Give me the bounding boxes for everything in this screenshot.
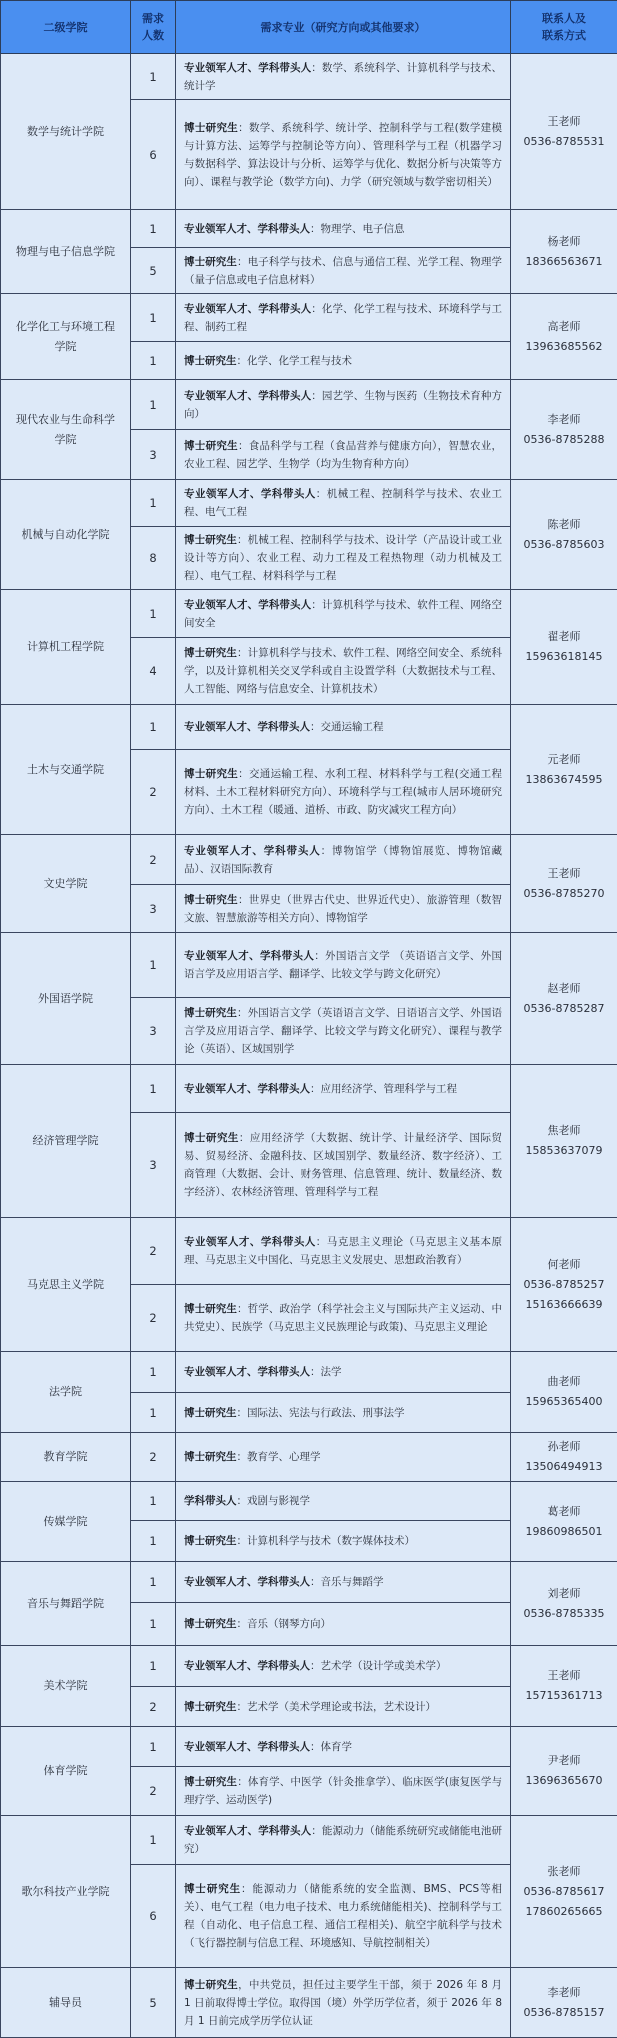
- contact-name: 高老师: [512, 317, 616, 337]
- requirement: 博士研究生：国际法、宪法与行政法、刑事法学: [176, 1393, 511, 1433]
- position-description: ：计算机科学与技术（数字媒体技术）: [237, 1535, 416, 1547]
- requirement: 专业领军人才、学科带头人：交通运输工程: [176, 705, 511, 750]
- headcount: 1: [131, 210, 176, 248]
- table-row: 土木与交通学院1专业领军人才、学科带头人：交通运输工程元老师1386367459…: [1, 705, 617, 750]
- contact-info: 孙老师13506494913: [511, 1433, 617, 1482]
- table-header-row: 二级学院 需求人数 需求专业（研究方向或其他要求） 联系人及联系方式: [1, 1, 617, 54]
- contact-name: 元老师: [512, 750, 616, 770]
- contact-name: 尹老师: [512, 1751, 616, 1771]
- table-row: 歌尔科技产业学院1专业领军人才、学科带头人：能源动力（储能系统研究或储能电池研究…: [1, 1816, 617, 1865]
- requirement: 专业领军人才、学科带头人：外国语言文学 （英语语言文学、外国语言学及应用语言学、…: [176, 933, 511, 998]
- contact-name: 翟老师: [512, 627, 616, 647]
- table-row: 音乐与舞蹈学院1专业领军人才、学科带头人：音乐与舞蹈学刘老师0536-87853…: [1, 1562, 617, 1603]
- table-row: 文史学院2专业领军人才、学科带头人：博物馆学（博物馆展览、博物馆藏品）、汉语国际…: [1, 835, 617, 885]
- contact-phone-secondary: 15163666639: [512, 1295, 616, 1315]
- requirement: 学科带头人：戏剧与影视学: [176, 1482, 511, 1521]
- requirement: 博士研究生：教育学、心理学: [176, 1433, 511, 1482]
- position-title: 专业领军人才、学科带头人: [184, 1660, 310, 1672]
- requirement: 博士研究生：计算机科学与技术、软件工程、网络空间安全、系统科学，以及计算机相关交…: [176, 638, 511, 705]
- position-title: 专业领军人才、学科带头人: [184, 1236, 316, 1248]
- position-title: 博士研究生: [184, 894, 238, 906]
- contact-info: 高老师13963685562: [511, 294, 617, 380]
- contact-name: 孙老师: [512, 1437, 616, 1457]
- contact-phone: 0536-8785257: [512, 1275, 616, 1295]
- contact-info: 王老师15715361713: [511, 1646, 617, 1727]
- contact-info: 何老师0536-878525715163666639: [511, 1218, 617, 1352]
- header-contact-line1: 联系人及: [542, 12, 586, 25]
- headcount: 1: [131, 1065, 176, 1113]
- contact-name: 王老师: [512, 112, 616, 132]
- headcount: 1: [131, 590, 176, 638]
- requirement: 专业领军人才、学科带头人：机械工程、控制科学与技术、农业工程、电气工程: [176, 480, 511, 527]
- requirement: 博士研究生：数学、系统科学、统计学、控制科学与工程(数学建模与计算方法、运筹学与…: [176, 100, 511, 210]
- contact-name: 曲老师: [512, 1372, 616, 1392]
- header-requirements: 需求专业（研究方向或其他要求）: [176, 1, 511, 54]
- college-name: 法学院: [1, 1352, 131, 1433]
- header-contact: 联系人及联系方式: [511, 1, 617, 54]
- requirement: 博士研究生：体育学、中医学（针灸推拿学）、临床医学(康复医学与理疗学、运动医学): [176, 1767, 511, 1816]
- position-description: ：物理学、电子信息: [310, 223, 405, 235]
- contact-phone: 13696365670: [512, 1771, 616, 1791]
- contact-info: 元老师13863674595: [511, 705, 617, 835]
- table-row: 美术学院1专业领军人才、学科带头人：艺术学（设计学或美术学）王老师1571536…: [1, 1646, 617, 1687]
- contact-info: 葛老师19860986501: [511, 1482, 617, 1562]
- position-title: 博士研究生: [184, 1883, 241, 1895]
- contact-phone: 0536-8785531: [512, 132, 616, 152]
- requirement: 博士研究生：交通运输工程、水利工程、材料科学与工程(交通工程材料、土木工程材料研…: [176, 750, 511, 835]
- position-title: 专业领军人才、学科带头人: [184, 599, 311, 611]
- headcount: 4: [131, 638, 176, 705]
- contact-phone: 0536-8785157: [512, 2003, 616, 2023]
- requirement: 专业领军人才、学科带头人：法学: [176, 1352, 511, 1393]
- position-title: 专业领军人才、学科带头人: [184, 62, 311, 74]
- contact-phone: 0536-8785288: [512, 430, 616, 450]
- requirement: 博士研究生：机械工程、控制科学与技术、设计学（产品设计或工业设计等方向）、农业工…: [176, 527, 511, 590]
- headcount: 2: [131, 1285, 176, 1352]
- contact-phone: 13506494913: [512, 1457, 616, 1477]
- position-title: 博士研究生: [184, 1007, 237, 1019]
- headcount: 1: [131, 294, 176, 342]
- contact-info: 刘老师0536-8785335: [511, 1562, 617, 1646]
- contact-info: 曲老师15965365400: [511, 1352, 617, 1433]
- contact-name: 李老师: [512, 410, 616, 430]
- position-description: ：化学、化学工程与技术: [237, 355, 353, 367]
- header-count: 需求人数: [131, 1, 176, 54]
- position-description: ：音乐与舞蹈学: [310, 1576, 384, 1588]
- contact-name: 赵老师: [512, 979, 616, 999]
- headcount: 1: [131, 380, 176, 430]
- requirement: 专业领军人才、学科带头人：能源动力（储能系统研究或储能电池研究）: [176, 1816, 511, 1865]
- table-body: 数学与统计学院1专业领军人才、学科带头人：数学、系统科学、计算机科学与技术、统计…: [1, 54, 617, 2038]
- headcount: 2: [131, 1687, 176, 1727]
- table-row: 机械与自动化学院1专业领军人才、学科带头人：机械工程、控制科学与技术、农业工程、…: [1, 480, 617, 527]
- contact-name: 李老师: [512, 1983, 616, 2003]
- headcount: 3: [131, 1113, 176, 1218]
- table-row: 法学院1专业领军人才、学科带头人：法学曲老师15965365400: [1, 1352, 617, 1393]
- requirement: 博士研究生：艺术学（美术学理论或书法，艺术设计）: [176, 1687, 511, 1727]
- position-title: 专业领军人才、学科带头人: [184, 950, 314, 962]
- position-title: 博士研究生: [184, 647, 237, 659]
- requirement: 专业领军人才、学科带头人：应用经济学、管理科学与工程: [176, 1065, 511, 1113]
- requirement: 专业领军人才、学科带头人：音乐与舞蹈学: [176, 1562, 511, 1603]
- table-row: 化学化工与环境工程学院1专业领军人才、学科带头人：化学、化学工程与技术、环境科学…: [1, 294, 617, 342]
- headcount: 8: [131, 527, 176, 590]
- position-title: 专业领军人才、学科带头人: [184, 845, 321, 857]
- position-description: ：艺术学（设计学或美术学）: [310, 1660, 447, 1672]
- position-title: 博士研究生: [184, 122, 238, 134]
- headcount: 5: [131, 1968, 176, 2038]
- contact-name: 王老师: [512, 864, 616, 884]
- headcount: 1: [131, 1562, 176, 1603]
- position-title: 博士研究生: [184, 1303, 237, 1315]
- position-title: 专业领军人才、学科带头人: [184, 1576, 310, 1588]
- table-row: 物理与电子信息学院1专业领军人才、学科带头人：物理学、电子信息杨老师183665…: [1, 210, 617, 248]
- requirement: 专业领军人才、学科带头人：园艺学、生物与医药（生物技术育种方向）: [176, 380, 511, 430]
- position-description: ：体育学: [310, 1741, 352, 1753]
- contact-name: 何老师: [512, 1255, 616, 1275]
- headcount: 1: [131, 1521, 176, 1562]
- table-row: 外国语学院1专业领军人才、学科带头人：外国语言文学 （英语语言文学、外国语言学及…: [1, 933, 617, 998]
- college-name: 现代农业与生命科学学院: [1, 380, 131, 480]
- headcount: 3: [131, 998, 176, 1065]
- headcount: 2: [131, 750, 176, 835]
- contact-phone: 0536-8785270: [512, 884, 616, 904]
- table-row: 传媒学院1学科带头人：戏剧与影视学葛老师19860986501: [1, 1482, 617, 1521]
- contact-name: 刘老师: [512, 1584, 616, 1604]
- headcount: 1: [131, 705, 176, 750]
- position-title: 博士研究生: [184, 1132, 239, 1144]
- position-title: 博士研究生: [184, 1451, 237, 1463]
- position-title: 学科带头人: [184, 1495, 237, 1507]
- requirement: 专业领军人才、学科带头人：物理学、电子信息: [176, 210, 511, 248]
- college-name: 文史学院: [1, 835, 131, 933]
- position-title: 博士研究生: [184, 440, 238, 452]
- contact-info: 赵老师0536-8785287: [511, 933, 617, 1065]
- position-title: 博士研究生: [184, 1701, 237, 1713]
- position-title: 博士研究生: [184, 355, 237, 367]
- table-row: 辅导员5博士研究生，中共党员，担任过主要学生干部，须于 2026 年 8 月 1…: [1, 1968, 617, 2038]
- position-title: 专业领军人才、学科带头人: [184, 1825, 311, 1837]
- table-row: 马克思主义学院2专业领军人才、学科带头人：马克思主义理论（马克思主义基本原理、马…: [1, 1218, 617, 1285]
- requirement: 博士研究生：能源动力（储能系统的安全监测、BMS、PCS等相关）、电气工程（电力…: [176, 1865, 511, 1968]
- requirement: 博士研究生：应用经济学（大数据、统计学、计量经济学、国际贸易、贸易经济、金融科技…: [176, 1113, 511, 1218]
- contact-info: 张老师0536-878561717860265665: [511, 1816, 617, 1968]
- recruitment-table: 二级学院 需求人数 需求专业（研究方向或其他要求） 联系人及联系方式 数学与统计…: [0, 0, 617, 2038]
- college-name: 辅导员: [1, 1968, 131, 2038]
- requirement: 博士研究生：世界史（世界古代史、世界近代史）、旅游管理（数智文旅、智慧旅游等相关…: [176, 885, 511, 933]
- headcount: 2: [131, 1767, 176, 1816]
- position-title: 专业领军人才、学科带头人: [184, 223, 310, 235]
- headcount: 2: [131, 835, 176, 885]
- headcount: 1: [131, 1816, 176, 1865]
- headcount: 1: [131, 1352, 176, 1393]
- contact-name: 张老师: [512, 1862, 616, 1882]
- headcount: 6: [131, 1865, 176, 1968]
- position-description: ：法学: [310, 1366, 342, 1378]
- college-name: 音乐与舞蹈学院: [1, 1562, 131, 1646]
- contact-phone: 19860986501: [512, 1522, 616, 1542]
- requirement: 博士研究生：外国语言文学（英语语言文学、日语语言文学、外国语言学及应用语言学、翻…: [176, 998, 511, 1065]
- headcount: 1: [131, 933, 176, 998]
- headcount: 1: [131, 1393, 176, 1433]
- college-name: 数学与统计学院: [1, 54, 131, 210]
- contact-phone: 15853637079: [512, 1141, 616, 1161]
- college-name: 歌尔科技产业学院: [1, 1816, 131, 1968]
- position-title: 专业领军人才、学科带头人: [184, 488, 316, 500]
- headcount: 3: [131, 430, 176, 480]
- requirement: 专业领军人才、学科带头人：体育学: [176, 1727, 511, 1767]
- contact-name: 陈老师: [512, 515, 616, 535]
- position-title: 专业领军人才、学科带头人: [184, 721, 310, 733]
- contact-info: 陈老师0536-8785603: [511, 480, 617, 590]
- position-title: 专业领军人才、学科带头人: [184, 303, 311, 315]
- position-title: 专业领军人才、学科带头人: [184, 1083, 310, 1095]
- table-row: 现代农业与生命科学学院1专业领军人才、学科带头人：园艺学、生物与医药（生物技术育…: [1, 380, 617, 430]
- contact-phone: 15965365400: [512, 1392, 616, 1412]
- header-count-line1: 需求: [142, 12, 164, 25]
- table-row: 教育学院2博士研究生：教育学、心理学孙老师13506494913: [1, 1433, 617, 1482]
- headcount: 1: [131, 1727, 176, 1767]
- position-title: 博士研究生: [184, 1618, 237, 1630]
- header-contact-line2: 联系方式: [542, 29, 586, 42]
- contact-name: 葛老师: [512, 1502, 616, 1522]
- college-name: 教育学院: [1, 1433, 131, 1482]
- contact-info: 尹老师13696365670: [511, 1727, 617, 1816]
- requirement: 博士研究生，中共党员，担任过主要学生干部，须于 2026 年 8 月 1 日前取…: [176, 1968, 511, 2038]
- contact-phone-secondary: 17860265665: [512, 1902, 616, 1922]
- requirement: 博士研究生：电子科学与技术、信息与通信工程、光学工程、物理学（量子信息或电子信息…: [176, 248, 511, 294]
- header-college: 二级学院: [1, 1, 131, 54]
- contact-info: 翟老师15963618145: [511, 590, 617, 705]
- headcount: 1: [131, 342, 176, 380]
- position-title: 博士研究生: [184, 534, 237, 546]
- requirement: 专业领军人才、学科带头人：计算机科学与技术、软件工程、网络空间安全: [176, 590, 511, 638]
- table-row: 体育学院1专业领军人才、学科带头人：体育学尹老师13696365670: [1, 1727, 617, 1767]
- contact-phone: 18366563671: [512, 252, 616, 272]
- requirement: 专业领军人才、学科带头人：化学、化学工程与技术、环境科学与工程、制药工程: [176, 294, 511, 342]
- requirement: 博士研究生：化学、化学工程与技术: [176, 342, 511, 380]
- college-name: 物理与电子信息学院: [1, 210, 131, 294]
- requirement: 博士研究生：哲学、政治学（科学社会主义与国际共产主义运动、中共党史）、民族学（马…: [176, 1285, 511, 1352]
- contact-phone: 0536-8785287: [512, 999, 616, 1019]
- college-name: 机械与自动化学院: [1, 480, 131, 590]
- table-row: 数学与统计学院1专业领军人才、学科带头人：数学、系统科学、计算机科学与技术、统计…: [1, 54, 617, 100]
- header-count-line2: 人数: [142, 29, 164, 42]
- position-description: ：国际法、宪法与行政法、刑事法学: [237, 1407, 405, 1419]
- college-name: 传媒学院: [1, 1482, 131, 1562]
- headcount: 1: [131, 1646, 176, 1687]
- position-description: ：音乐（钢琴方向）: [237, 1618, 332, 1630]
- contact-info: 杨老师18366563671: [511, 210, 617, 294]
- requirement: 博士研究生：音乐（钢琴方向）: [176, 1603, 511, 1646]
- contact-phone: 13863674595: [512, 770, 616, 790]
- college-name: 经济管理学院: [1, 1065, 131, 1218]
- contact-phone: 15963618145: [512, 647, 616, 667]
- requirement: 博士研究生：食品科学与工程（食品营养与健康方向），智慧农业，农业工程、园艺学、生…: [176, 430, 511, 480]
- contact-info: 王老师0536-8785270: [511, 835, 617, 933]
- contact-name: 焦老师: [512, 1121, 616, 1141]
- headcount: 1: [131, 1482, 176, 1521]
- table-row: 计算机工程学院1专业领军人才、学科带头人：计算机科学与技术、软件工程、网络空间安…: [1, 590, 617, 638]
- contact-name: 王老师: [512, 1666, 616, 1686]
- requirement: 专业领军人才、学科带头人：数学、系统科学、计算机科学与技术、统计学: [176, 54, 511, 100]
- contact-info: 王老师0536-8785531: [511, 54, 617, 210]
- position-description: ：艺术学（美术学理论或书法，艺术设计）: [237, 1701, 437, 1713]
- requirement: 专业领军人才、学科带头人：马克思主义理论（马克思主义基本原理、马克思主义中国化、…: [176, 1218, 511, 1285]
- headcount: 1: [131, 54, 176, 100]
- headcount: 3: [131, 885, 176, 933]
- headcount: 6: [131, 100, 176, 210]
- college-name: 体育学院: [1, 1727, 131, 1816]
- position-title: 博士研究生: [184, 1535, 237, 1547]
- position-description: ：戏剧与影视学: [237, 1495, 311, 1507]
- position-title: 博士研究生: [184, 256, 237, 268]
- contact-phone: 0536-8785603: [512, 535, 616, 555]
- contact-phone: 13963685562: [512, 337, 616, 357]
- contact-phone: 15715361713: [512, 1686, 616, 1706]
- headcount: 2: [131, 1218, 176, 1285]
- contact-info: 焦老师15853637079: [511, 1065, 617, 1218]
- headcount: 2: [131, 1433, 176, 1482]
- position-title: 博士研究生: [184, 1776, 237, 1788]
- headcount: 5: [131, 248, 176, 294]
- contact-info: 李老师0536-8785157: [511, 1968, 617, 2038]
- position-description: ：应用经济学、管理科学与工程: [310, 1083, 457, 1095]
- requirement: 博士研究生：计算机科学与技术（数字媒体技术）: [176, 1521, 511, 1562]
- college-name: 土木与交通学院: [1, 705, 131, 835]
- contact-name: 杨老师: [512, 232, 616, 252]
- headcount: 1: [131, 480, 176, 527]
- requirement: 专业领军人才、学科带头人：艺术学（设计学或美术学）: [176, 1646, 511, 1687]
- position-description: ：教育学、心理学: [237, 1451, 321, 1463]
- position-title: 博士研究生: [184, 1979, 238, 1991]
- table-row: 经济管理学院1专业领军人才、学科带头人：应用经济学、管理科学与工程焦老师1585…: [1, 1065, 617, 1113]
- position-title: 博士研究生: [184, 768, 238, 780]
- position-description: ：交通运输工程: [310, 721, 384, 733]
- position-title: 专业领军人才、学科带头人: [184, 1741, 310, 1753]
- college-name: 美术学院: [1, 1646, 131, 1727]
- contact-phone: 0536-8785335: [512, 1604, 616, 1624]
- requirement: 专业领军人才、学科带头人：博物馆学（博物馆展览、博物馆藏品）、汉语国际教育: [176, 835, 511, 885]
- position-title: 专业领军人才、学科带头人: [184, 1366, 310, 1378]
- contact-phone: 0536-8785617: [512, 1882, 616, 1902]
- position-title: 博士研究生: [184, 1407, 237, 1419]
- contact-info: 李老师0536-8785288: [511, 380, 617, 480]
- college-name: 马克思主义学院: [1, 1218, 131, 1352]
- college-name: 计算机工程学院: [1, 590, 131, 705]
- headcount: 1: [131, 1603, 176, 1646]
- college-name: 外国语学院: [1, 933, 131, 1065]
- college-name: 化学化工与环境工程学院: [1, 294, 131, 380]
- position-title: 专业领军人才、学科带头人: [184, 390, 311, 402]
